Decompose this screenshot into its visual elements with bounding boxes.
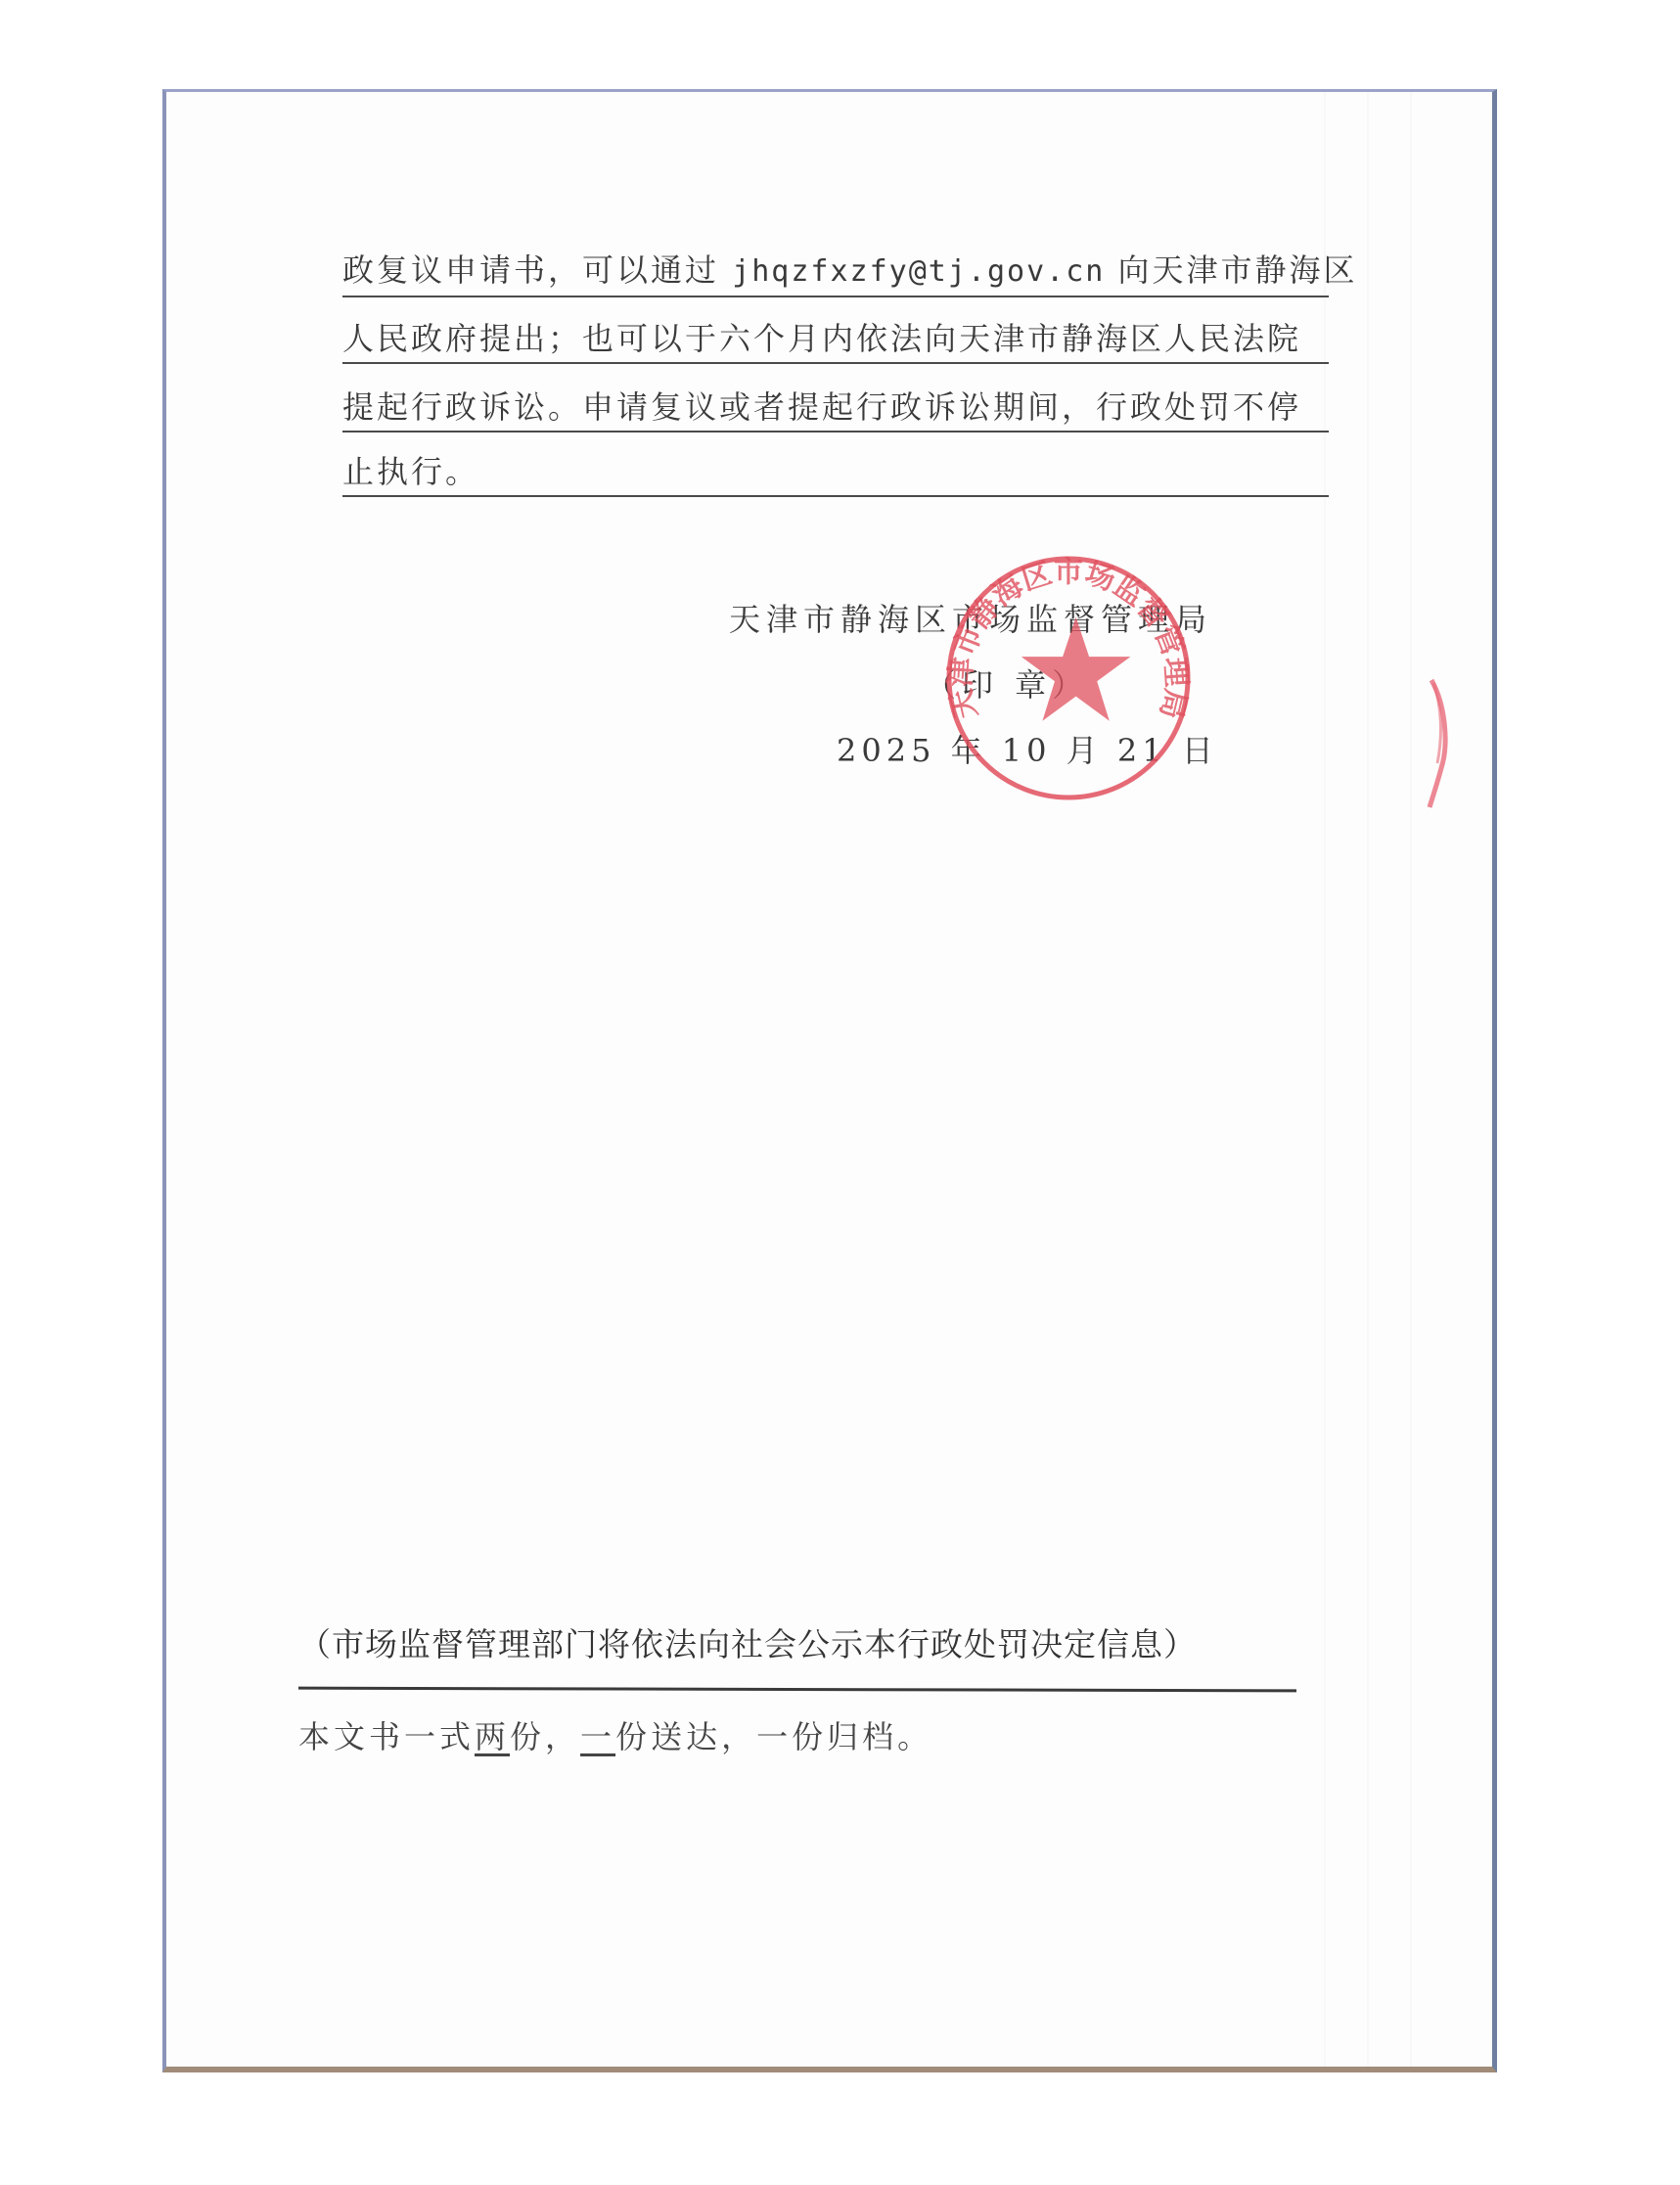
public-disclosure-notice: （市场监督管理部门将依法向社会公示本行政处罚决定信息） bbox=[298, 1619, 1197, 1665]
issue-date: 2025 年 10 月 21 日 bbox=[837, 726, 1218, 771]
copies-statement: 本文书一式两份，一份送达，一份归档。 bbox=[298, 1712, 932, 1757]
email-address: jhqzfxzfy@tj.gov.cn bbox=[732, 254, 1105, 289]
body-line-1: 政复议申请书，可以通过 jhqzfxzfy@tj.gov.cn 向天津市静海区 bbox=[342, 250, 1329, 297]
copies-text-3: 份送达，一份归档。 bbox=[615, 1718, 932, 1755]
seal-label: （印 章） bbox=[925, 660, 1089, 706]
copies-count: 两 bbox=[475, 1718, 510, 1755]
issuing-authority: 天津市静海区市场监督管理局 bbox=[729, 595, 1212, 640]
body-line-4: 止执行。 bbox=[342, 452, 1329, 497]
copies-text-2: 份， bbox=[510, 1718, 580, 1755]
body-line-1-prefix: 政复议申请书，可以通过 bbox=[342, 251, 732, 289]
copies-served-count: 一 bbox=[580, 1718, 615, 1755]
copies-text-1: 本文书一式 bbox=[298, 1718, 475, 1755]
body-line-3: 提起行政诉讼。申请复议或者提起行政诉讼期间，行政处罚不停 bbox=[342, 387, 1329, 432]
body-line-1-suffix: 向天津市静海区 bbox=[1105, 251, 1357, 289]
body-line-2: 人民政府提出；也可以于六个月内依法向天津市静海区人民法院 bbox=[342, 319, 1329, 364]
